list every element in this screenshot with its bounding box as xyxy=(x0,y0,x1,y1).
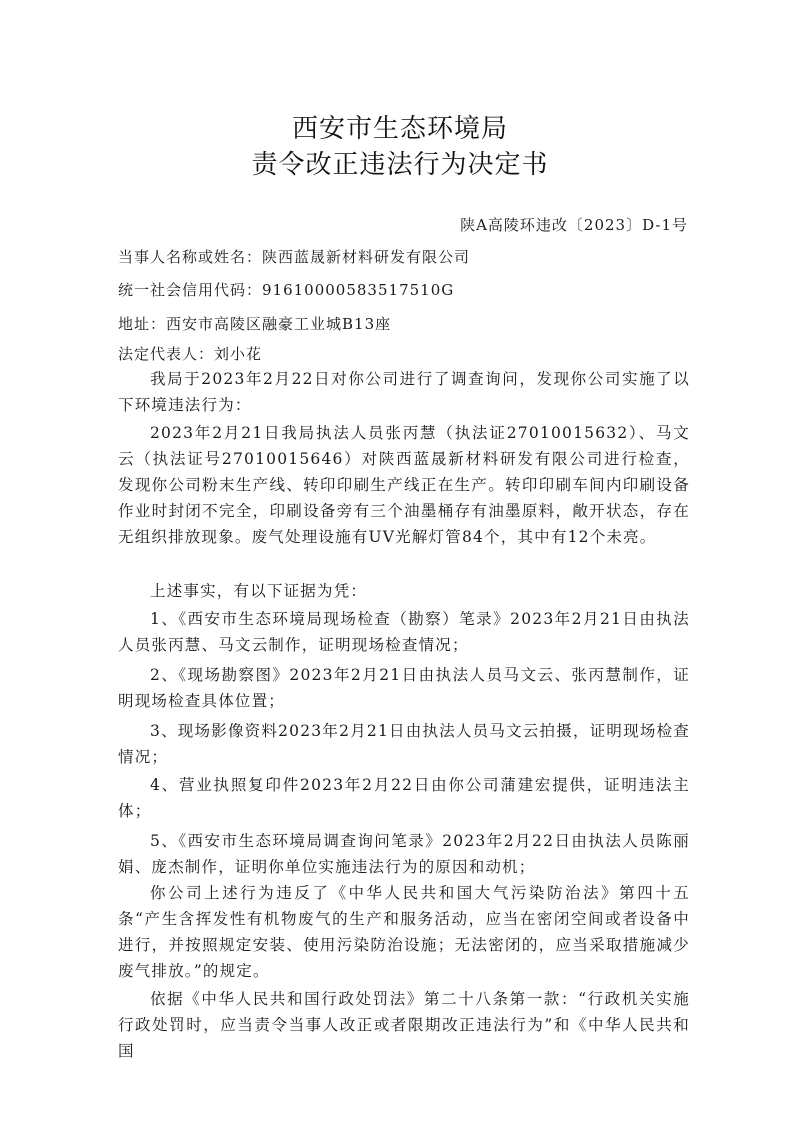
evidence-item-4: 4、营业执照复印件2023年2月22日由你公司蒲建宏提供，证明违法主体； xyxy=(118,772,690,824)
party-name-field: 当事人名称或姓名：陕西蓝晟新材料研发有限公司 xyxy=(118,246,470,267)
evidence-intro: 上述事实，有以下证据为凭： xyxy=(118,578,690,604)
violation-facts-paragraph: 2023年2月21日我局执法人员张丙慧（执法证27010015632）、马文云（… xyxy=(118,420,690,550)
legal-representative-field: 法定代表人：刘小花 xyxy=(118,343,262,364)
address-field: 地址：西安市高陵区融豪工业城B13座 xyxy=(118,313,391,334)
evidence-item-2: 2、《现场勘察图》2023年2月21日由执法人员马文云、张丙慧制作，证明现场检查… xyxy=(118,662,690,714)
evidence-item-5: 5、《西安市生态环境局调查询问笔录》2023年2月22日由执法人员陈丽娟、庞杰制… xyxy=(118,828,690,880)
document-number: 陕A高陵环违改〔2023〕D-1号 xyxy=(460,214,688,235)
legal-violation-paragraph: 你公司上述行为违反了《中华人民共和国大气污染防治法》第四十五条“产生含挥发性有机… xyxy=(118,880,690,984)
document-title: 责令改正违法行为决定书 xyxy=(0,144,800,181)
credit-code-field: 统一社会信用代码：91610000583517510G xyxy=(118,279,454,300)
investigation-paragraph: 我局于2023年2月22日对你公司进行了调查询问，发现你公司实施了以下环境违法行… xyxy=(118,366,690,418)
evidence-item-1: 1、《西安市生态环境局现场检查（勘察）笔录》2023年2月21日由执法人员张丙慧… xyxy=(118,606,690,658)
evidence-item-3: 3、现场影像资料2023年2月21日由执法人员马文云拍摄，证明现场检查情况； xyxy=(118,718,690,770)
legal-basis-paragraph: 依据《中华人民共和国行政处罚法》第二十八条第一款：“行政机关实施行政处罚时，应当… xyxy=(118,986,690,1064)
issuing-authority-title: 西安市生态环境局 xyxy=(0,108,800,145)
document-page: 西安市生态环境局 责令改正违法行为决定书 陕A高陵环违改〔2023〕D-1号 当… xyxy=(0,0,800,1140)
